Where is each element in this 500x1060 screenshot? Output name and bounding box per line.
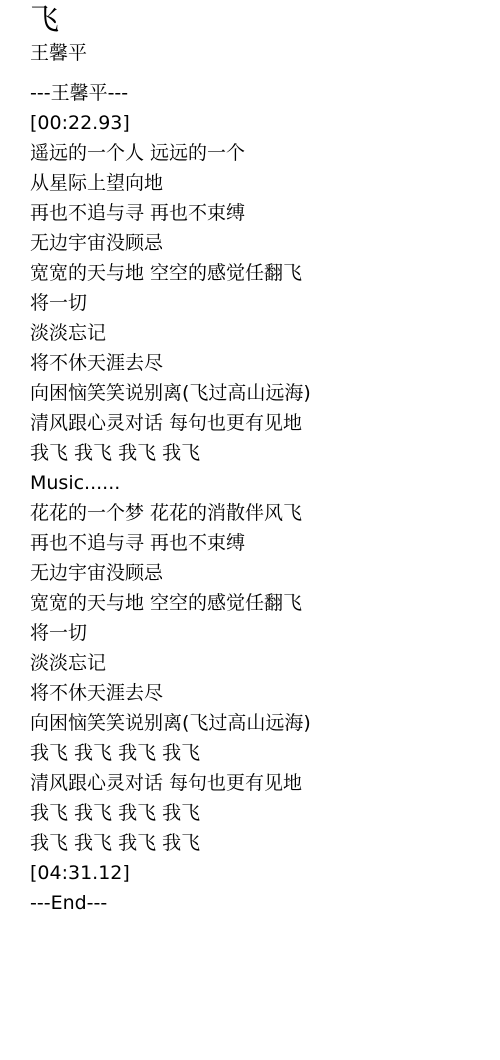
lyric-line: 宽宽的天与地 空空的感觉任翻飞 xyxy=(30,588,311,618)
lyric-line: ---王馨平--- xyxy=(30,78,311,108)
lyric-line: 我飞 我飞 我飞 我飞 xyxy=(30,738,311,768)
lyric-line: 将一切 xyxy=(30,288,311,318)
lyric-line: 无边宇宙没顾忌 xyxy=(30,228,311,258)
lyric-line: 遥远的一个人 远远的一个 xyxy=(30,138,311,168)
lyric-line: 我飞 我飞 我飞 我飞 xyxy=(30,438,311,468)
lyric-line: 我飞 我飞 我飞 我飞 xyxy=(30,828,311,858)
lyric-line: 淡淡忘记 xyxy=(30,318,311,348)
lyric-line: ---End--- xyxy=(30,888,311,918)
lyric-line: 将不休天涯去尽 xyxy=(30,348,311,378)
lyric-line: 无边宇宙没顾忌 xyxy=(30,558,311,588)
song-artist: 王馨平 xyxy=(30,39,87,67)
lyric-line: 将不休天涯去尽 xyxy=(30,678,311,708)
lyric-line: 清风跟心灵对话 每句也更有见地 xyxy=(30,408,311,438)
lyric-line: 花花的一个梦 花花的消散伴风飞 xyxy=(30,498,311,528)
lyric-line: 再也不追与寻 再也不束缚 xyxy=(30,198,311,228)
lyric-line: [00:22.93] xyxy=(30,108,311,138)
lyric-line: 淡淡忘记 xyxy=(30,648,311,678)
lyric-line: 从星际上望向地 xyxy=(30,168,311,198)
lyric-line: 再也不追与寻 再也不束缚 xyxy=(30,528,311,558)
lyric-line: 向困恼笑笑说别离(飞过高山远海) xyxy=(30,378,311,408)
song-title: 飞 xyxy=(30,0,59,38)
lyrics-list: ---王馨平--- [00:22.93] 遥远的一个人 远远的一个 从星际上望向… xyxy=(30,78,311,918)
lyric-line: 我飞 我飞 我飞 我飞 xyxy=(30,798,311,828)
lyric-line: 宽宽的天与地 空空的感觉任翻飞 xyxy=(30,258,311,288)
lyric-line: Music...... xyxy=(30,468,311,498)
lyric-line: 清风跟心灵对话 每句也更有见地 xyxy=(30,768,311,798)
lyric-line: 向困恼笑笑说别离(飞过高山远海) xyxy=(30,708,311,738)
lyric-line: 将一切 xyxy=(30,618,311,648)
lyric-line: [04:31.12] xyxy=(30,858,311,888)
